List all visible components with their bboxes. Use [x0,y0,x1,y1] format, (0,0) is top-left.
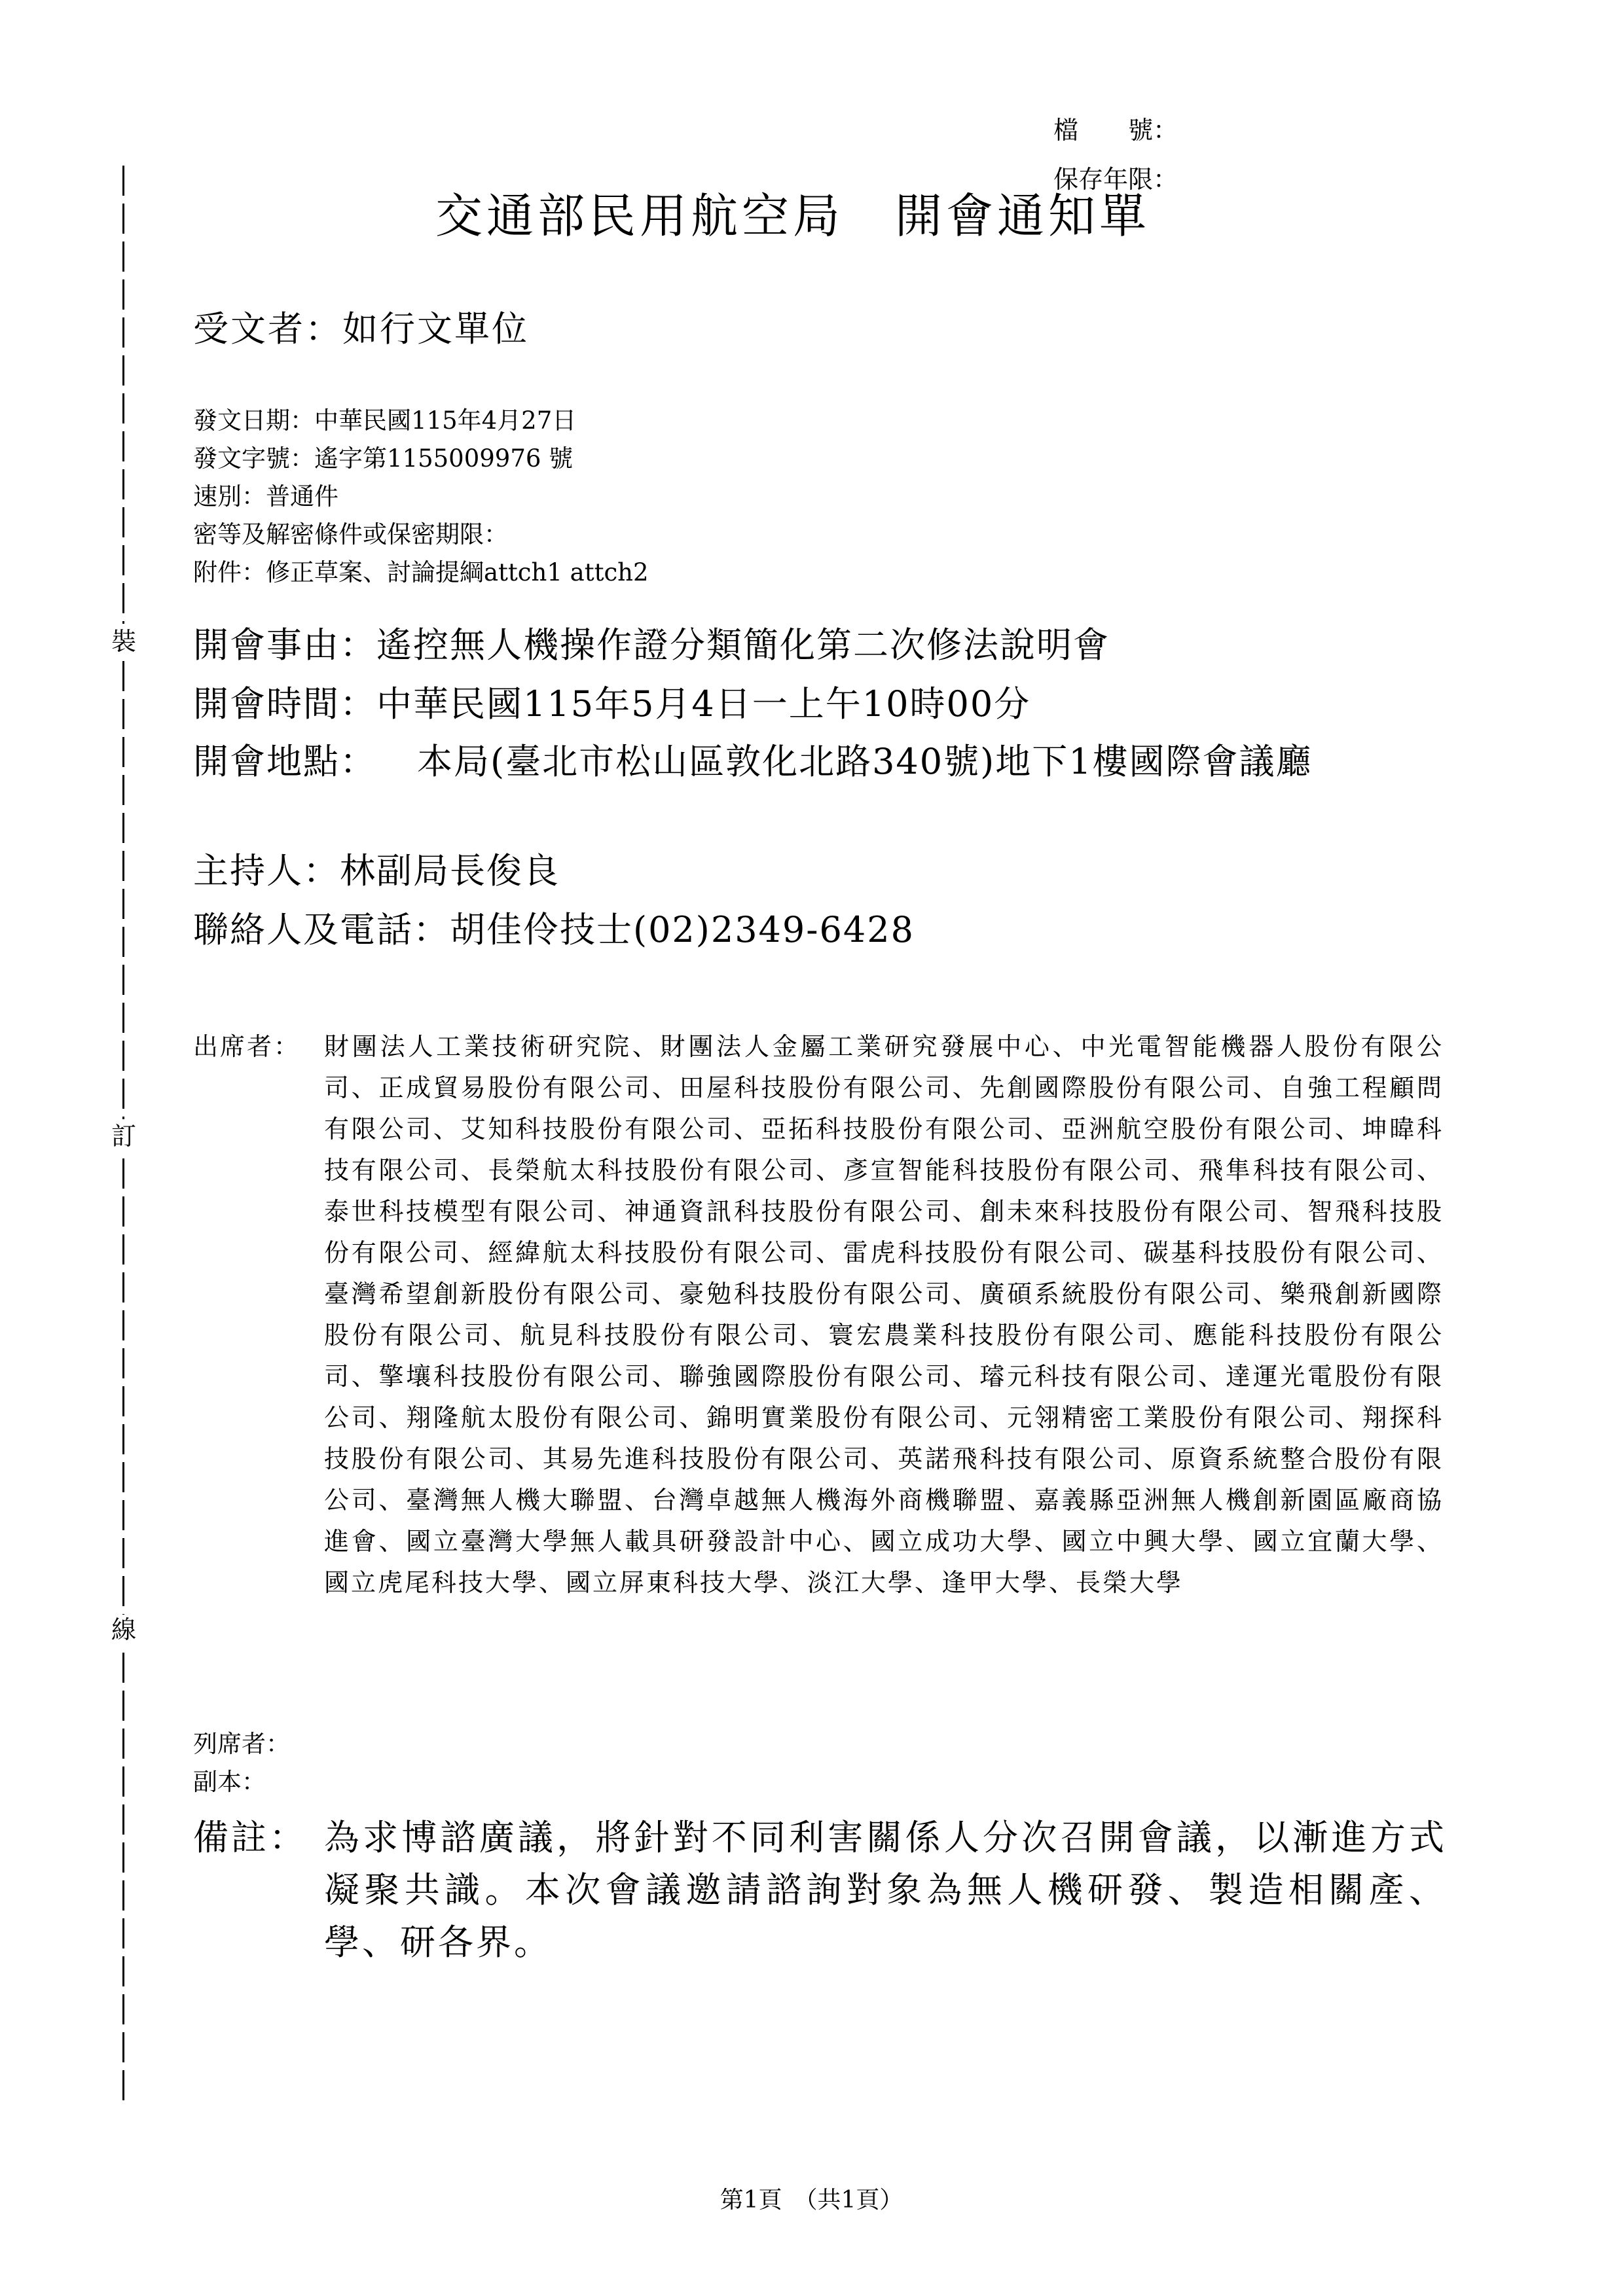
meeting-contact-label: 聯絡人及電話： [193,909,450,950]
binding-label-zhuang: 裝 [109,626,139,656]
page-number: 第1頁 （共1頁） [0,2186,1623,2215]
document-title: 交通部民用航空局 開會通知單 [435,187,1150,245]
classification-label: 密等及解密條件或保密期限： [193,520,508,548]
doc-number-label: 發文字號： [193,444,314,473]
retention-row: 保存年限： [1038,134,1178,194]
remarks-label: 備註： [193,1812,324,1969]
meeting-chair: 主持人：林副局長俊良 [193,848,560,895]
meeting-subject-value: 遙控無人機操作證分類簡化第二次修法說明會 [376,624,1110,666]
meeting-place-label: 開會地點： [193,738,417,785]
delivery-speed: 速別：普通件 [193,480,338,513]
issue-date-label: 發文日期： [193,406,314,435]
meeting-contact-value: 胡佳伶技士(02)2349-6428 [450,909,915,950]
issue-date-value: 中華民國115年4月27日 [314,406,576,435]
recipient-label: 受文者： [193,308,342,350]
attendees-list: 財團法人工業技術研究院、財團法人金屬工業研究發展中心、中光電智能機器人股份有限公… [324,1026,1444,1604]
meeting-subject: 開會事由：遙控無人機操作證分類簡化第二次修法說明會 [193,622,1110,669]
meeting-chair-value: 林副局長俊良 [340,850,560,891]
remarks-text: 為求博諮廣議，將針對不同利害關係人分次召開會議，以漸進方式凝聚共識。本次會議邀請… [324,1812,1447,1969]
delivery-speed-label: 速別： [193,482,266,511]
recipient: 受文者：如行文單位 [193,306,529,352]
remarks: 備註： 為求博諮廣議，將針對不同利害關係人分次召開會議，以漸進方式凝聚共識。本次… [193,1812,1447,1969]
meeting-place-value: 本局(臺北市松山區敦化北路340號)地下1樓國際會議廳 [417,738,1623,785]
meeting-subject-label: 開會事由： [193,624,376,666]
observers-label: 列席者： [193,1730,290,1758]
issue-date: 發文日期：中華民國115年4月27日 [193,404,576,437]
delivery-speed-value: 普通件 [266,482,338,511]
attendees-label: 出席者： [193,1026,324,1604]
meeting-contact: 聯絡人及電話：胡佳伶技士(02)2349-6428 [193,906,915,954]
binding-line-middle-2 [122,1158,124,1617]
observers: 列席者： [193,1728,290,1761]
doc-number-value: 遙字第1155009976 號 [314,444,573,473]
binding-line-top [122,166,124,624]
meeting-time-label: 開會時間： [193,683,376,725]
classification: 密等及解密條件或保密期限： [193,518,508,551]
copies: 副本： [193,1766,266,1799]
meeting-time-value: 中華民國115年5月4日一上午10時00分 [376,683,1030,725]
copies-label: 副本： [193,1768,266,1796]
meeting-chair-label: 主持人： [193,850,340,891]
meeting-place: 開會地點： 本局(臺北市松山區敦化北路340號)地下1樓國際會議廳 [193,738,1623,785]
attendees: 出席者： 財團法人工業技術研究院、財團法人金屬工業研究發展中心、中光電智能機器人… [193,1026,1444,1604]
binding-label-ding: 訂 [109,1121,139,1151]
meeting-time: 開會時間：中華民國115年5月4日一上午10時00分 [193,681,1030,728]
attachments: 附件：修正草案、討論提綱attch1 attch2 [193,556,649,589]
doc-number: 發文字號：遙字第1155009976 號 [193,442,573,475]
binding-line-middle-1 [122,661,124,1119]
binding-label-xian: 線 [109,1615,139,1645]
recipient-value: 如行文單位 [342,308,529,350]
binding-line-bottom [122,1653,124,2106]
attachments-value[interactable]: 修正草案、討論提綱attch1 attch2 [266,558,649,586]
attachments-label: 附件： [193,558,266,586]
